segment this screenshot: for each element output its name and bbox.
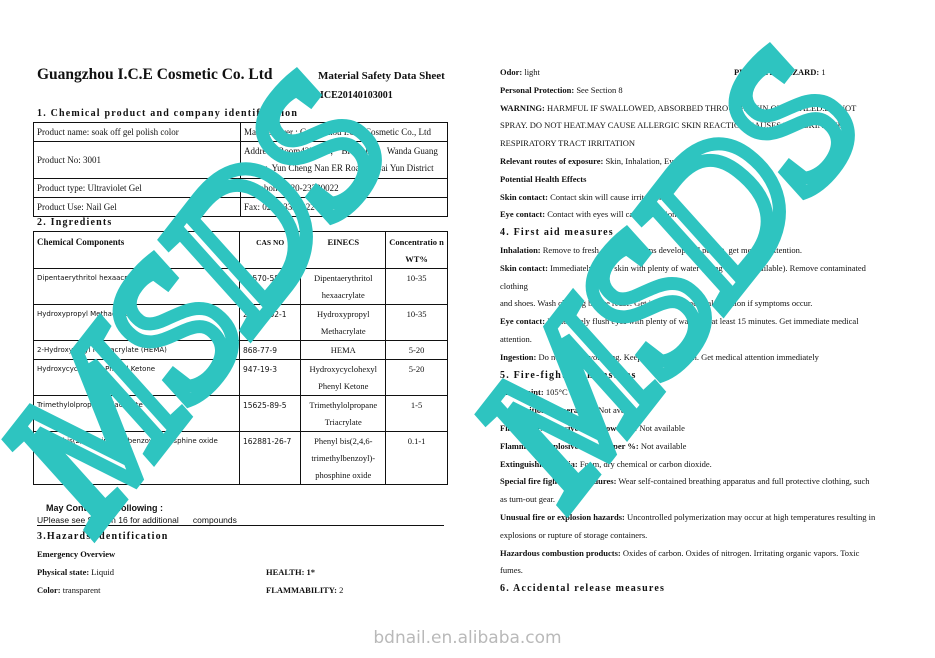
table-cell: 1-5 [386,396,448,432]
table-cell: Phenyl bis(2,4,6-trimethylbenzoyl)-phosp… [34,432,240,485]
section-heading: 5. Fire-fighting measures [500,370,637,381]
table-header-row: Chemical Components CAS NO EINECS Concen… [34,232,448,269]
table-row: Product No: 3001 Address: Room423-424， B… [34,142,448,179]
table-cell: Hydroxycyclohexyl Phenyl Ketone [301,360,386,396]
table-row: Product name: soak off gel polish color … [34,123,448,142]
table-cell: Product No: 3001 [34,142,241,179]
table-cell: Phenyl bis(2,4,6-trimethylbenzoyl)-phosp… [301,432,386,485]
watermark-text-right: MSDS [434,20,900,534]
table-row: Phenyl bis(2,4,6-trimethylbenzoyl)-phosp… [34,432,448,485]
table-row: Product type: Ultraviolet Gel Telephone:… [34,179,448,198]
table-cell: 29570-58-9 [239,269,300,305]
table-cell: Trimethylolpropane triacrylate [34,396,240,432]
text-line: Flammable/Explosive limits-upper %: Not … [500,441,686,451]
table-cell: Telephone: 020-23320022 [241,179,448,198]
table-cell: 0.1-1 [386,432,448,485]
physical-hazard-rating: PHYSICAL HAZARD: 1 [734,67,826,77]
text-line: Extinguishing media: Foam, dry chemical … [500,459,712,469]
text-line: Special fire fighting procedures: Wear s… [500,476,870,486]
table-cell: HEMA [301,341,386,360]
table-cell: 10-35 [386,305,448,341]
section3-heading: 3.Hazards identification [37,531,169,542]
table-row: Dipentaerythritol hexaacrylate29570-58-9… [34,269,448,305]
see-section-note: UPlease see Section 16 for additional co… [37,515,444,526]
section-heading: 6. Accidental release measures [500,583,665,594]
table-row: Trimethylolpropane triacrylate15625-89-5… [34,396,448,432]
table-row: Hydroxycyclohexyl Phenyl Ketone947-19-3H… [34,360,448,396]
text-line: Flammable/Explosive limits-lower %: Not … [500,423,685,433]
table-cell: 10-35 [386,269,448,305]
text-line: and shoes. Wash clothing before reuse. G… [500,298,812,308]
table-cell: 5-20 [386,341,448,360]
text-line: Odor: light [500,67,540,77]
column-header: EINECS [301,232,386,269]
section-heading: 4. First aid measures [500,227,614,238]
identification-table: Product name: soak off gel polish color … [33,122,448,217]
text-line: attention. [500,334,532,344]
table-cell: Hydroxypropyl Methacrylate [301,305,386,341]
table-cell: Dipentaerythritol hexaacrylate [301,269,386,305]
ingredients-table: Chemical Components CAS NO EINECS Concen… [33,231,448,485]
document-title: Material Safety Data Sheet [318,70,445,82]
may-contain-note: May Contain the following : [46,503,163,513]
table-cell: Product name: soak off gel polish color [34,123,241,142]
table-cell: Trimethylolpropane Triacrylate [301,396,386,432]
footer-url: bdnail.en.alibaba.com [0,628,935,648]
column-header: Chemical Components [34,232,240,269]
text-line: Skin contact: Contact skin will cause ir… [500,192,663,202]
text-line: Autoignition temperature: Not available [500,405,644,415]
text-line: Ingestion: Do not induce vomiting. Keep … [500,352,819,362]
table-cell: 15625-89-5 [239,396,300,432]
text-line: RESPIRATORY TRACT IRRITATION [500,138,635,148]
table-row: Product Use: Nail Gel Fax: 020-23320022 [34,198,448,217]
table-cell: Product Use: Nail Gel [34,198,241,217]
table-cell: 2-Hydroxyethyl Methacrylate (HEMA) [34,341,240,360]
table-cell: Address: Room423-424， Block B3， Wanda Gu… [241,142,448,179]
text-line: Unusual fire or explosion hazards: Uncon… [500,512,875,522]
table-cell: Fax: 020-23320022 [241,198,448,217]
text-line: SPRAY. DO NOT HEAT.MAY CAUSE ALLERGIC SK… [500,120,844,130]
table-cell: Hydroxycyclohexyl Phenyl Ketone [34,360,240,396]
text-line: Eye contact: Contact with eyes will caus… [500,209,678,219]
table-row: Hydroxypropyl Methacrylate27813-02-1Hydr… [34,305,448,341]
table-cell: Dipentaerythritol hexaacrylate [34,269,240,305]
section1-heading: 1. Chemical product and company identifi… [37,108,298,119]
text-line: Skin contact: Immediately flush skin wit… [500,263,866,273]
table-row: 2-Hydroxyethyl Methacrylate (HEMA)868-77… [34,341,448,360]
emergency-overview: Emergency Overview [37,549,115,559]
table-cell: 5-20 [386,360,448,396]
column-header: CAS NO [239,232,300,269]
text-line: Relevant routes of exposure: Skin, Inhal… [500,156,681,166]
text-line: clothing [500,281,528,291]
table-cell: 162881-26-7 [239,432,300,485]
health-rating: HEALTH: 1* [266,567,315,577]
text-line: Potential Health Effects [500,174,586,184]
text-line: explosions or rupture of storage contain… [500,530,647,540]
table-cell: Hydroxypropyl Methacrylate [34,305,240,341]
color-field: Color: transparent [37,585,101,595]
table-cell: 27813-02-1 [239,305,300,341]
flammability-rating: FLAMMABILITY: 2 [266,585,343,595]
section2-heading: 2. Ingredients [37,217,113,228]
text-line: fumes. [500,565,523,575]
text-line: Inhalation: Remove to fresh air. If symp… [500,245,802,255]
column-header: Concentratio n WT% [386,232,448,269]
table-cell: 947-19-3 [239,360,300,396]
text-line: Hazardous combustion products: Oxides of… [500,548,859,558]
table-cell: 868-77-9 [239,341,300,360]
text-line: Flash point: 105°C [500,387,568,397]
text-line: WARNING: HARMFUL IF SWALLOWED, ABSORBED … [500,103,856,113]
text-line: as turn-out gear. [500,494,555,504]
physical-state: Physical state: Liquid [37,567,114,577]
text-line: Personal Protection: See Section 8 [500,85,623,95]
table-cell: Product type: Ultraviolet Gel [34,179,241,198]
text-line: Eye contact: Immediately flush eyes with… [500,316,859,326]
document-code: ICE20140103001 [320,90,393,101]
table-cell: Manufacturer : Guangzhou I.C.E Cosmetic … [241,123,448,142]
company-name: Guangzhou I.C.E Cosmetic Co. Ltd [37,66,273,84]
